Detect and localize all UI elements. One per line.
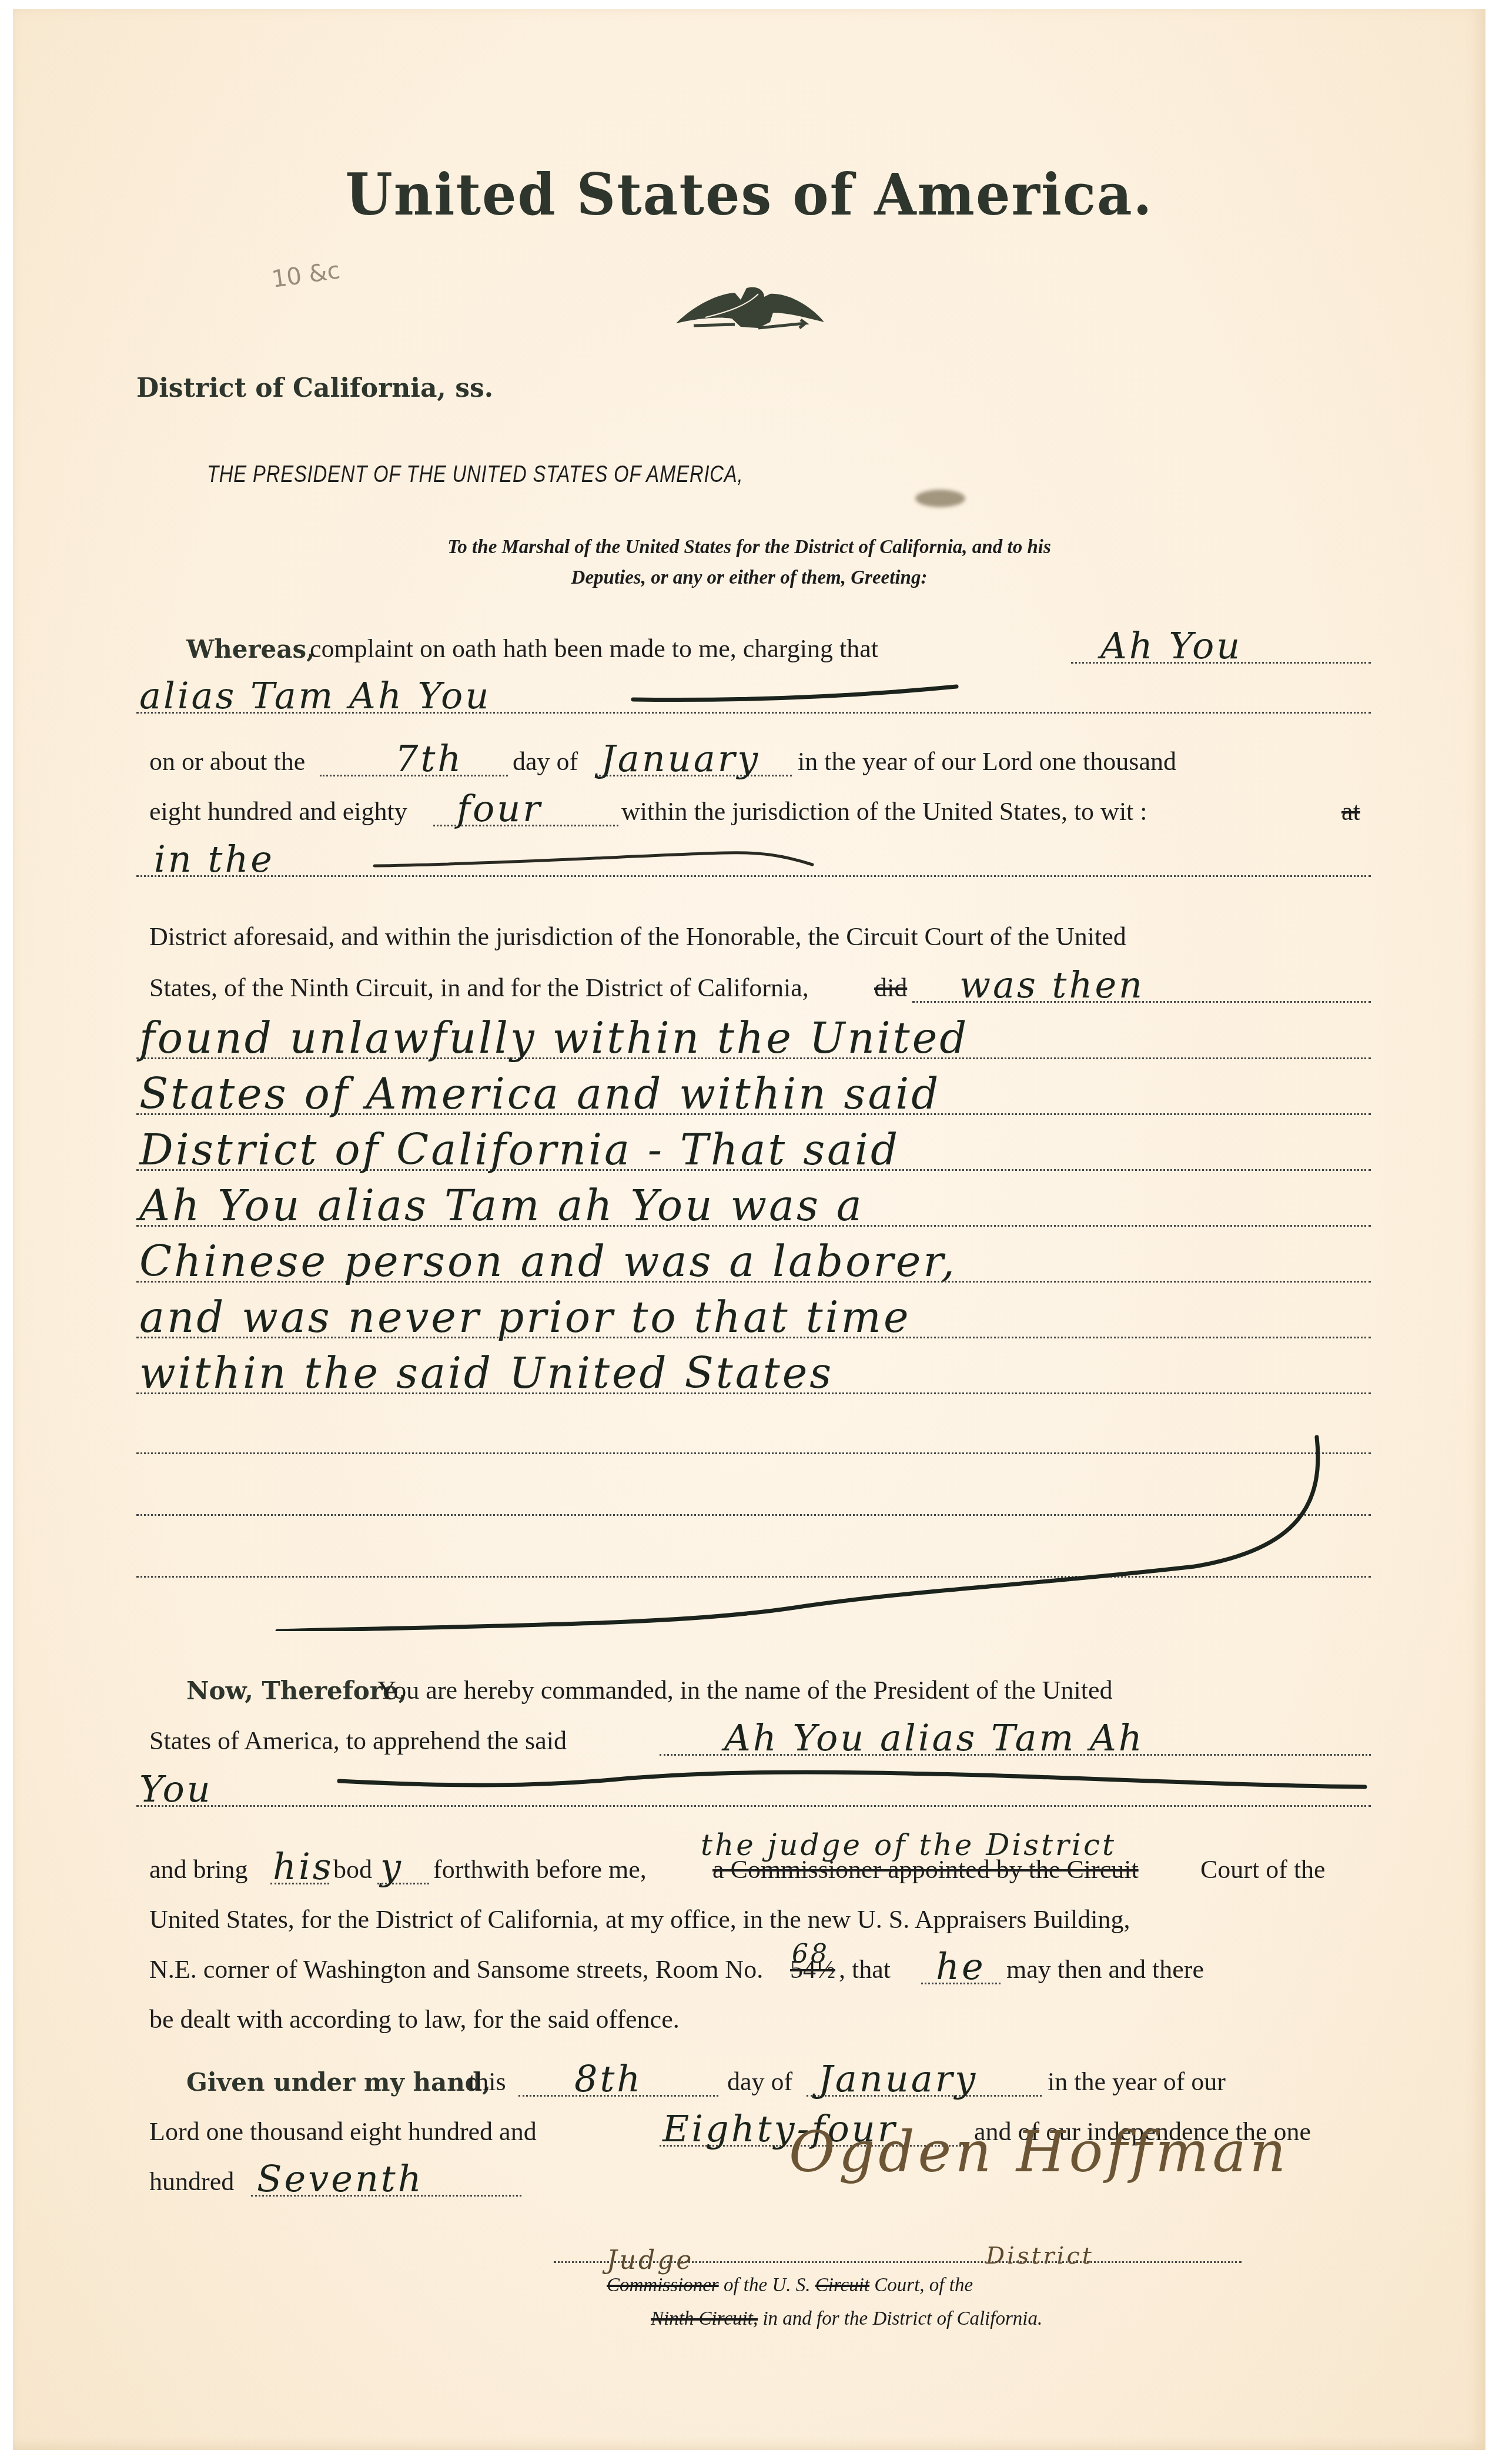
handwritten-charge: Ah You alias Tam ah You was a [139,1181,864,1230]
handwritten-text: was then [959,963,1145,1006]
print-text: on or about the [149,746,305,776]
whereas-line-6: District aforesaid, and within the juris… [136,908,1371,960]
whereas-line-5: in the [136,833,1371,885]
handwritten-room: 68 [792,1939,829,1969]
handwritten-alias: alias Tam Ah You [139,674,491,717]
struck-circuit: Ninth Circuit, [651,2308,758,2329]
print-text: be dealt with according to law, for the … [149,2004,680,2034]
handwritten-charge: found unlawfully within the United [139,1013,969,1063]
document-title: United States of America. [13,161,1485,227]
print-text: day of [727,2067,792,2097]
therefore-line-7: be dealt with according to law, for the … [136,1991,1371,2043]
struck-text: did [874,973,907,1003]
print-text: Court of the [1200,1854,1326,1884]
pencil-notation: 10 &c [270,257,342,293]
therefore-line-5: United States, for the District of Calif… [136,1891,1371,1943]
charge-line: Ah You alias Tam ah You was a [136,1183,1371,1235]
handwritten-title: Judge [607,2245,694,2445]
fill-stroke [336,1769,1371,1799]
handwritten-month: January [601,737,760,780]
print-text: United States, for the District of Calif… [149,1904,1130,1934]
print-text: this [469,2067,506,2097]
handwritten-name: You [139,1767,213,1810]
charge-line: Chinese person and was a laborer, [136,1239,1371,1291]
therefore-line-6: N.E. corner of Washington and Sansome st… [136,1941,1371,1993]
print-text: States of America, to apprehend the said [149,1726,567,1756]
address-line-1: To the Marshal of the United States for … [13,532,1485,563]
handwritten-year: four [457,787,543,830]
therefore-line-1: Now, Therefore, You are hereby commanded… [136,1662,1371,1713]
blank-line [136,875,1371,877]
charge-line: and was never prior to that time [136,1295,1371,1347]
print-text: may then and there [1006,1954,1204,1984]
warrant-document: 10 &c United States of America. District… [13,9,1485,2450]
judge-signature: Ogden Hoffman [789,2119,1289,2185]
print-text: forthwith before me, [433,1854,647,1884]
print-text: hundred [149,2167,234,2197]
handwritten-pronoun: his [273,1845,334,1888]
print-text: , that [839,1954,891,1984]
handwritten-day: 8th [574,2057,643,2100]
therefore-line-3: You [136,1763,1371,1815]
handwritten-day: 7th [395,737,463,780]
charge-line: States of America and within said [136,1072,1371,1123]
print-text: District aforesaid, and within the juris… [149,922,1126,952]
handwritten-pronoun: he [936,1945,986,1988]
handwritten-charge: within the said United States [139,1348,834,1398]
print-text: You are hereby commanded, in the name of… [377,1675,1112,1705]
print-text: N.E. corner of Washington and Sansome st… [149,1954,763,1984]
handwritten-charge: Chinese person and was a laborer, [139,1237,957,1286]
charge-line: District of California - That said [136,1127,1371,1179]
print-text: in the year of our [1048,2067,1226,2097]
fill-stroke [630,682,959,705]
handwritten-charge: States of America and within said [139,1069,941,1119]
print-text: within the jurisdiction of the United St… [621,796,1147,826]
president-line: THE PRESIDENT OF THE UNITED STATES OF AM… [207,461,743,488]
eagle-icon [670,276,829,335]
whereas-text: complaint on oath hath been made to me, … [310,634,878,664]
print-text: day of [513,746,578,776]
handwritten-charge: District of California - That said [139,1125,900,1174]
given-lead: Given under my hand, [186,2068,491,2097]
therefore-lead: Now, Therefore, [186,1676,407,1705]
caption-text: in and for the District of California. [762,2308,1042,2329]
address-block: To the Marshal of the United States for … [13,532,1485,593]
struck-court: Circuit [815,2275,869,2296]
handwritten-charge: and was never prior to that time [139,1293,911,1342]
print-text: eight hundred and eighty [149,796,407,826]
handwritten-court: District [986,2242,1094,2445]
whereas-lead: Whereas, [186,635,315,664]
closing-flourish [266,1431,1324,1631]
whereas-line-2: alias Tam Ah You [136,670,1371,722]
print-text: States, of the Ninth Circuit, in and for… [149,973,809,1003]
whereas-line-4: eight hundred and eighty four within the… [136,783,1371,835]
print-text: in the year of our Lord one thousand [798,746,1176,776]
handwritten-suffix: y [380,1845,403,1888]
struck-text: at [1341,796,1360,826]
charge-line: found unlawfully within the United [136,1016,1371,1067]
charge-line: within the said United States [136,1351,1371,1402]
whereas-line-7: States, of the Ninth Circuit, in and for… [136,959,1371,1011]
blank-line [136,1805,1371,1807]
signature-caption-2: Ninth Circuit, in and for the District o… [651,2308,1042,2330]
print-text: and bring [149,1854,247,1884]
given-line-1: Given under my hand, this 8th day of Jan… [136,2053,1371,2105]
handwritten-insertion: the judge of the District [701,1828,1116,1862]
address-line-2: Deputies, or any or either of them, Gree… [13,563,1485,593]
district-heading: District of California, ss. [136,373,493,403]
handwritten-month: January [818,2057,978,2100]
caption-text: Court, of the [874,2275,973,2296]
handwritten-location: in the [154,838,275,881]
print-text: bod [333,1854,372,1884]
therefore-line-2: States of America, to apprehend the said… [136,1712,1371,1764]
whereas-line-3: on or about the 7th day of January in th… [136,733,1371,785]
therefore-line-4: and bring his bod y forthwith before me,… [136,1841,1371,1893]
fill-stroke [372,842,818,872]
print-text: Lord one thousand eight hundred and [149,2117,537,2147]
ink-stain [915,490,965,507]
handwritten-name: Ah You alias Tam Ah [724,1716,1145,1759]
handwritten-name: Ah You [1100,624,1242,667]
whereas-line-1: Whereas, complaint on oath hath been mad… [136,620,1371,672]
handwritten-ordinal: Seventh [257,2157,424,2200]
caption-text: of the U. S. [724,2275,811,2296]
